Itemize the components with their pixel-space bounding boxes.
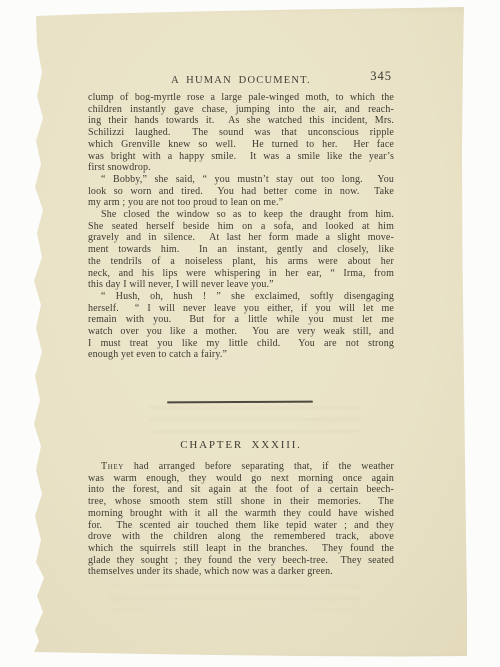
text-line: remain with you. But for a little while … (88, 314, 394, 326)
text-line: Schilizzi laughed. The sound was that un… (88, 127, 394, 139)
text-line: I must treat you like my little child. Y… (88, 338, 394, 350)
section-divider-rule (167, 401, 313, 403)
chapter-first-line-rest: had arranged before separating that, if … (124, 461, 394, 472)
text-line: enough yet even to catch a fairy.” (88, 349, 394, 361)
text-line: gravely and in silence. At last her form… (88, 232, 394, 244)
body-paragraph-3: She closed the window so as to keep the … (88, 209, 394, 291)
running-header: A HUMAN DOCUMENT. (171, 75, 311, 86)
book-page: A HUMAN DOCUMENT. 345 clump of bog-myrtl… (0, 0, 500, 667)
text-line: children instantly gave chase, jumping i… (88, 104, 394, 116)
text-line: for. The scented air touched them like t… (88, 520, 394, 532)
text-line: “ Hush, oh, hush ! ” she exclaimed, soft… (88, 291, 394, 303)
text-line: this day I will never, I will never leav… (88, 279, 394, 291)
text-line: drove with the children along the rememb… (88, 531, 394, 543)
text-line: first snowdrop. (88, 162, 394, 174)
chapter-first-line: They had arranged before separating that… (88, 461, 394, 473)
photo-background: A HUMAN DOCUMENT. 345 clump of bog-myrtl… (0, 0, 500, 667)
text-line: clump of bog-myrtle rose a large pale-wi… (88, 92, 394, 104)
text-line: the tendrils of a noiseless plant, his a… (88, 256, 394, 268)
body-paragraph-4: “ Hush, oh, hush ! ” she exclaimed, soft… (88, 291, 394, 361)
text-line: glade they sought ; they found the very … (88, 555, 394, 567)
chapter-paragraph-lines: was warm enough, they would go next morn… (88, 473, 394, 578)
show-through-text (150, 407, 360, 435)
text-line: themselves under its shade, which now wa… (88, 566, 394, 578)
text-line: into the forest, and sit again at the fo… (88, 484, 394, 496)
text-line: ing their hands towards it. As she watch… (88, 115, 394, 127)
text-line: was bright with a happy smile. It was a … (88, 151, 394, 163)
text-line: She closed the window so as to keep the … (88, 209, 394, 221)
text-line: neck, and his lips were whispering in he… (88, 268, 394, 280)
text-line: look so worn and tired. You had better c… (88, 186, 394, 198)
text-line: ment towards him. In an instant, gently … (88, 244, 394, 256)
page-body: clump of bog-myrtle rose a large pale-wi… (88, 92, 394, 361)
page-header: A HUMAN DOCUMENT. 345 (88, 70, 394, 86)
body-paragraph-2: “ Bobby,” she said, “ you mustn’t stay o… (88, 174, 394, 209)
text-line: was warm enough, they would go next morn… (88, 473, 394, 485)
text-line: watch over you like a mother. You are ve… (88, 326, 394, 338)
text-line: morning brought with it all the warmth t… (88, 508, 394, 520)
text-line: “ Bobby,” she said, “ you mustn’t stay o… (88, 174, 394, 186)
text-line: which Grenville knew so well. He turned … (88, 139, 394, 151)
show-through-text (110, 586, 360, 610)
lead-word-smallcaps: They (101, 461, 124, 472)
text-line: my arm ; you are not too proud to lean o… (88, 197, 394, 209)
text-line: She seated herself beside him on a sofa,… (88, 221, 394, 233)
body-paragraph-1: clump of bog-myrtle rose a large pale-wi… (88, 92, 394, 174)
page-number: 345 (370, 69, 392, 84)
chapter-opening-paragraph: They had arranged before separating that… (88, 461, 394, 578)
text-line: which the squirrels still leapt in the b… (88, 543, 394, 555)
text-line: herself. “ I will never leave you either… (88, 303, 394, 315)
chapter-heading: CHAPTER XXXIII. (88, 439, 394, 451)
text-line: tree, whose smooth stem still shone in t… (88, 496, 394, 508)
